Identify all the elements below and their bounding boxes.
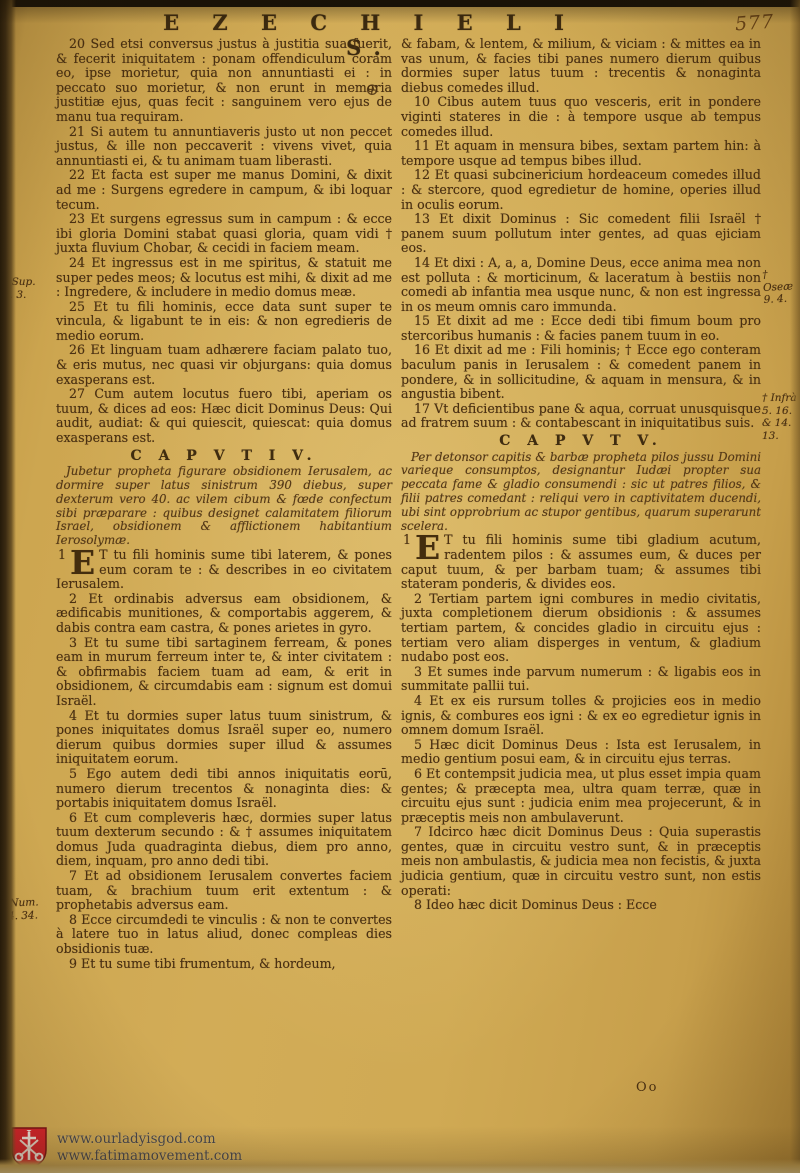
scanned-book-page: E Z E C H I E L I S. 577 20 Sed etsi con… (0, 0, 800, 1173)
verse-paragraph: 12 Et quasi subcinericium hordeaceum com… (401, 168, 761, 212)
verse-paragraph: 24 Et ingressus est in me spiritus, & st… (56, 256, 392, 300)
verse-number: 1 (58, 548, 66, 563)
verse-paragraph: 2 Tertiam partem igni combures in medio … (401, 592, 761, 665)
signature-mark: Oo (636, 1080, 658, 1095)
verse-text: T tu fili hominis sume tibi laterem, & p… (56, 547, 392, 591)
verse-paragraph: 14 Et dixi : A, a, a, Domine Deus, ecce … (401, 256, 761, 314)
chapter-summary: Per detonsor capitis & barbæ propheta pi… (401, 451, 761, 534)
verse-paragraph: 3 Et tu sume tibi sartaginem ferream, & … (56, 636, 392, 709)
handwritten-ink-mark: ⊕ (364, 79, 381, 101)
scan-edge-right (790, 0, 800, 1173)
page-number: 577 (734, 11, 775, 36)
verse-paragraph: 11 Et aquam in mensura bibes, sextam par… (401, 139, 761, 168)
watermark-url-1: www.ourladyisgod.com (57, 1131, 242, 1148)
verse-paragraph: 20 Sed etsi conversus justus à justitia … (56, 37, 392, 125)
verse-paragraph: 4 Et tu dormies super latus tuum sinistr… (56, 709, 392, 767)
verse-paragraph: 15 Et dixit ad me : Ecce dedi tibi fimum… (401, 314, 761, 343)
verse-text: T tu fili hominis sume tibi gladium acut… (401, 532, 761, 591)
verse-paragraph: 2 Et ordinabis adversus eam obsidionem, … (56, 592, 392, 636)
verse-paragraph: 13 Et dixit Dominus : Sic comedent filii… (401, 212, 761, 256)
verse-paragraph: 7 Idcirco hæc dicit Dominus Deus : Quia … (401, 825, 761, 898)
verse-paragraph: 27 Cum autem locutus fuero tibi, aperiam… (56, 387, 392, 445)
right-text-column: & fabam, & lentem, & milium, & viciam : … (401, 37, 761, 913)
verse-paragraph: 22 Et facta est super me manus Domini, &… (56, 168, 392, 212)
verse-number: 1 (403, 533, 411, 548)
verse-paragraph: 16 Et dixit ad me : Fili hominis; † Ecce… (401, 343, 761, 401)
verse-paragraph: 8 Ecce circumdedi te vinculis : & non te… (56, 913, 392, 957)
verse-paragraph: 26 Et linguam tuam adhærere faciam palat… (56, 343, 392, 387)
verse-paragraph: 23 Et surgens egressus sum in campum : &… (56, 212, 392, 256)
chapter-heading: C A P V T I V. (56, 449, 392, 464)
verse-paragraph: 5 Hæc dicit Dominus Deus : Ista est Ieru… (401, 738, 761, 767)
verse-paragraph: 21 Si autem tu annuntiaveris justo ut no… (56, 125, 392, 169)
verse-paragraph: 8 Ideo hæc dicit Dominus Deus : Ecce (401, 898, 761, 913)
verse-paragraph: 3 Et sumes inde parvum numerum : & ligab… (401, 665, 761, 694)
verse-paragraph: 25 Et tu fili hominis, ecce data sunt su… (56, 300, 392, 344)
verse-paragraph: 17 Vt deficientibus pane & aqua, corruat… (401, 402, 761, 431)
verse-paragraph: 5 Ego autem dedi tibi annos iniquitatis … (56, 767, 392, 811)
chapter-summary: Jubetur propheta figurare obsidionem Ier… (56, 465, 392, 548)
chapter-heading: C A P V T V. (401, 434, 761, 449)
verse-paragraph: 1ET tu fili hominis sume tibi gladium ac… (401, 533, 761, 591)
drop-cap: E (415, 534, 440, 562)
page-bottom-edge (0, 1159, 800, 1173)
verse-paragraph: 7 Et ad obsidionem Ierusalem convertes f… (56, 869, 392, 913)
verse-paragraph: 6 Et cum compleveris hæc, dormies super … (56, 811, 392, 869)
verse-paragraph: 4 Et ex eis rursum tolles & projicies eo… (401, 694, 761, 738)
verse-paragraph: 9 Et tu sume tibi frumentum, & hordeum, (56, 957, 392, 972)
verse-paragraph: 6 Et contempsit judicia mea, ut plus ess… (401, 767, 761, 825)
verse-paragraph: & fabam, & lentem, & milium, & viciam : … (401, 37, 761, 95)
verse-paragraph: 1ET tu fili hominis sume tibi laterem, &… (56, 548, 392, 592)
verse-paragraph: 10 Cibus autem tuus quo vesceris, erit i… (401, 95, 761, 139)
book-gutter-shadow (0, 0, 16, 1173)
left-text-column: 20 Sed etsi conversus justus à justitia … (56, 37, 392, 971)
scan-edge-top (0, 0, 800, 7)
drop-cap: E (70, 549, 95, 577)
